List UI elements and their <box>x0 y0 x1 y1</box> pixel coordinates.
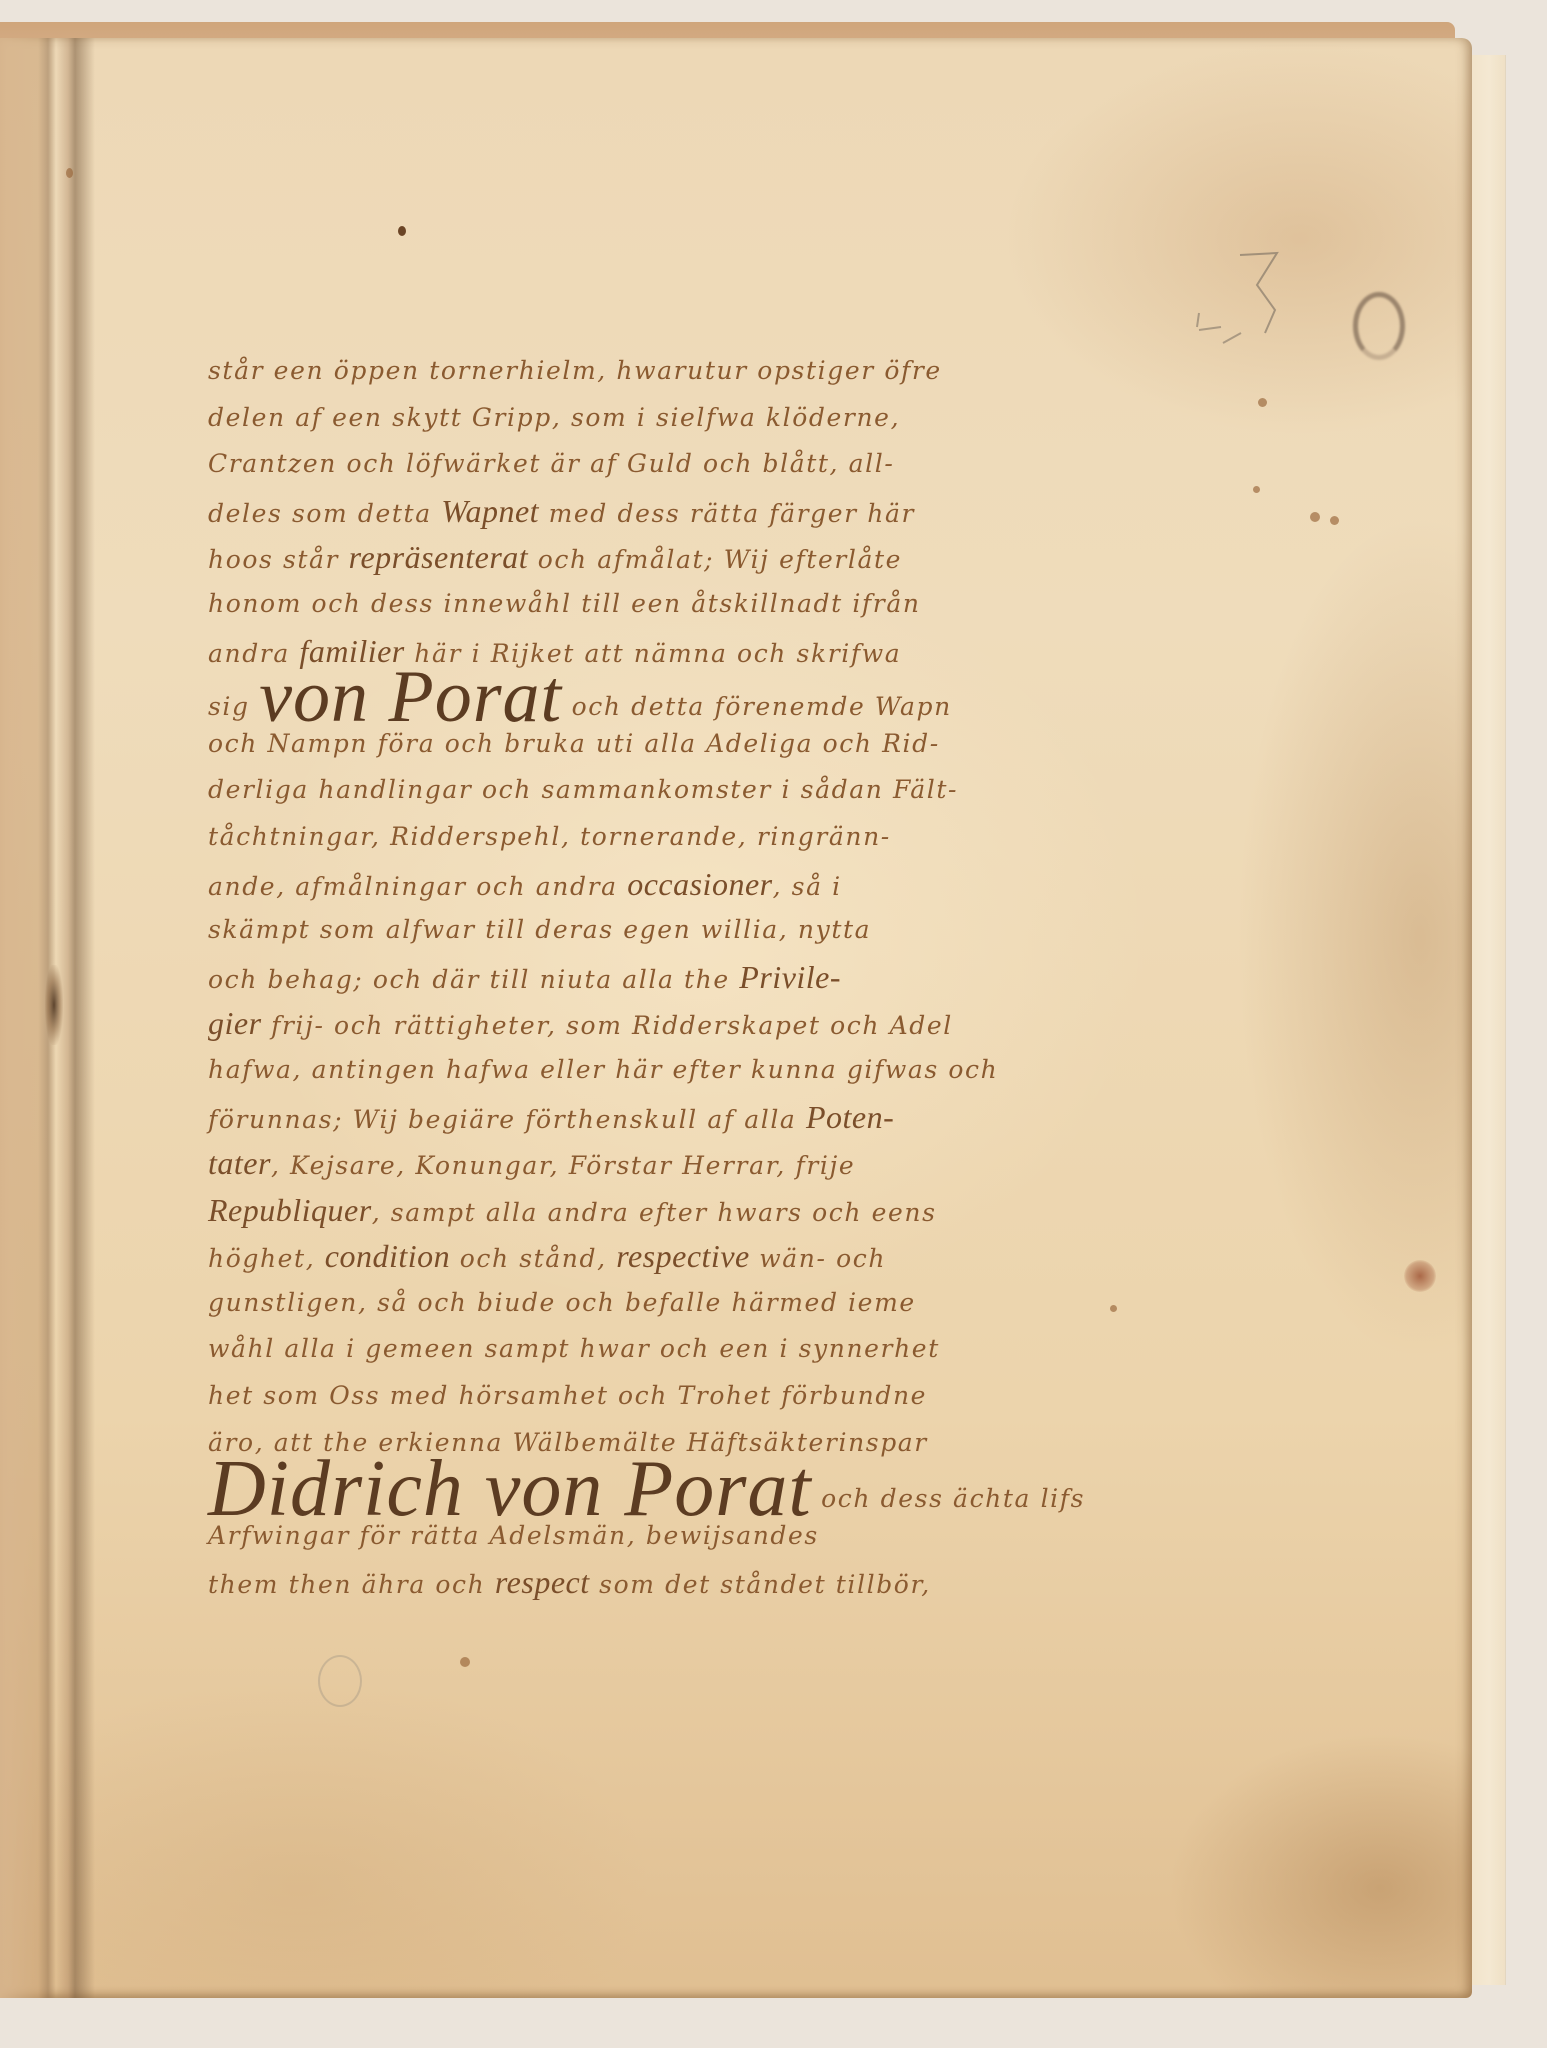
latin-emphasis-text: Republiquer <box>208 1192 372 1228</box>
kurrent-text: , Kejsare, Konungar, Förstar Herrar, fri… <box>271 1151 855 1180</box>
scanned-page: står een öppen tornerhielm, hwarutur ops… <box>0 0 1547 2048</box>
kurrent-text: wän- och <box>750 1244 886 1273</box>
kurrent-text: , sampt alla andra efter hwars och eens <box>372 1198 937 1227</box>
latin-emphasis-text: occasioner <box>627 866 772 902</box>
ink-blot <box>398 226 406 236</box>
manuscript-line: sig von Porat och detta förenemde Wapn <box>208 674 1238 721</box>
kurrent-text: och detta förenemde Wapn <box>562 692 952 721</box>
kurrent-text: Crantzen och löfwärket är af Guld och bl… <box>208 449 894 478</box>
manuscript-line: och Nampn föra och bruka uti alla Adelig… <box>208 721 1238 768</box>
foxing-spot <box>1330 516 1339 525</box>
foxing-spot <box>1253 486 1260 493</box>
latin-emphasis-text: repräsenterat <box>349 539 529 575</box>
latin-emphasis-text: respective <box>616 1238 750 1274</box>
kurrent-text: tåchtningar, Ridderspehl, tornerande, ri… <box>208 822 891 851</box>
kurrent-text: står een öppen tornerhielm, hwarutur ops… <box>208 356 942 385</box>
manuscript-line: wåhl alla i gemeen sampt hwar och een i … <box>208 1326 1238 1373</box>
spine-tear-stain <box>45 965 63 1045</box>
kurrent-text: sig <box>208 692 259 721</box>
latin-emphasis-text: tater <box>208 1145 271 1181</box>
manuscript-line: het som Oss med hörsamhet och Trohet för… <box>208 1373 1238 1420</box>
manuscript-line: gunstligen, så och biude och befalle här… <box>208 1280 1238 1327</box>
red-ink-stain <box>1404 1260 1436 1292</box>
latin-emphasis-text: Poten- <box>806 1099 894 1135</box>
manuscript-line: och behag; och där till niuta alla the P… <box>208 954 1238 1001</box>
manuscript-text: står een öppen tornerhielm, hwarutur ops… <box>208 348 1238 1606</box>
kurrent-text: gunstligen, så och biude och befalle här… <box>208 1288 916 1317</box>
manuscript-line: honom och dess innewåhl till een åtskill… <box>208 581 1238 628</box>
manuscript-line: förunnas; Wij begiäre förthenskull af al… <box>208 1094 1238 1141</box>
kurrent-text: hafwa, antingen hafwa eller här efter ku… <box>208 1055 998 1084</box>
kurrent-text: wåhl alla i gemeen sampt hwar och een i … <box>208 1334 940 1363</box>
kurrent-text: honom och dess innewåhl till een åtskill… <box>208 589 921 618</box>
ring-stain <box>1353 292 1405 360</box>
kurrent-text: skämpt som alfwar till deras egen willia… <box>208 915 871 944</box>
kurrent-text: deles som detta <box>208 499 441 528</box>
kurrent-text: och afmålat; Wij efterlåte <box>528 545 902 574</box>
manuscript-line: tåchtningar, Ridderspehl, tornerande, ri… <box>208 814 1238 861</box>
manuscript-line: tater, Kejsare, Konungar, Förstar Herrar… <box>208 1140 1238 1187</box>
kurrent-text: och dess ächta lifs <box>812 1484 1085 1513</box>
manuscript-line: Didrich von Porat och dess ächta lifs <box>208 1466 1238 1513</box>
kurrent-text: Arfwingar för rätta Adelsmän, bewijsande… <box>208 1521 819 1550</box>
manuscript-line: deles som detta Wapnet med dess rätta fä… <box>208 488 1238 535</box>
pencil-annotation-icon <box>1195 215 1315 345</box>
latin-emphasis-text: gier <box>208 1005 262 1041</box>
manuscript-line: ande, afmålningar och andra occasioner, … <box>208 861 1238 908</box>
foxing-spot <box>66 168 73 178</box>
latin-emphasis-text: respect <box>495 1564 590 1600</box>
kurrent-text: delen af een skytt Gripp, som i sielfwa … <box>208 403 900 432</box>
kurrent-text: frij- och rättigheter, som Ridderskapet … <box>262 1011 953 1040</box>
manuscript-line: höghet, condition och stånd, respective … <box>208 1233 1238 1280</box>
kurrent-text: med dess rätta färger här <box>539 499 915 528</box>
latin-emphasis-text: Privile- <box>739 959 841 995</box>
kurrent-text: them then ähra och <box>208 1570 495 1599</box>
kurrent-text: och Nampn föra och bruka uti alla Adelig… <box>208 729 940 758</box>
kurrent-text: , så i <box>773 872 842 901</box>
manuscript-line: Crantzen och löfwärket är af Guld och bl… <box>208 441 1238 488</box>
manuscript-line: them then ähra och respect som det stånd… <box>208 1559 1238 1606</box>
kurrent-text: höghet, <box>208 1244 325 1273</box>
foxing-spot <box>1258 398 1267 407</box>
kurrent-text: het som Oss med hörsamhet och Trohet för… <box>208 1381 927 1410</box>
manuscript-line: Republiquer, sampt alla andra efter hwar… <box>208 1187 1238 1234</box>
latin-emphasis-text: condition <box>325 1238 450 1274</box>
foxing-spot <box>460 1657 470 1667</box>
manuscript-line: derliga handlingar och sammankomster i s… <box>208 767 1238 814</box>
kurrent-text: och stånd, <box>450 1244 616 1273</box>
manuscript-line: hoos står repräsenterat och afmålat; Wij… <box>208 534 1238 581</box>
kurrent-text: derliga handlingar och sammankomster i s… <box>208 775 958 804</box>
manuscript-line: Arfwingar för rätta Adelsmän, bewijsande… <box>208 1513 1238 1560</box>
kurrent-text: hoos står <box>208 545 349 574</box>
manuscript-line: gier frij- och rättigheter, som Riddersk… <box>208 1000 1238 1047</box>
manuscript-line: skämpt som alfwar till deras egen willia… <box>208 907 1238 954</box>
kurrent-text: ande, afmålningar och andra <box>208 872 627 901</box>
pencil-circle-mark <box>318 1655 362 1707</box>
kurrent-text: som det ståndet tillbör, <box>590 1570 931 1599</box>
manuscript-line: delen af een skytt Gripp, som i sielfwa … <box>208 395 1238 442</box>
manuscript-line: står een öppen tornerhielm, hwarutur ops… <box>208 348 1238 395</box>
latin-emphasis-text: Wapnet <box>441 493 539 529</box>
foxing-spot <box>1310 512 1320 522</box>
kurrent-text: och behag; och där till niuta alla the <box>208 965 739 994</box>
kurrent-text: förunnas; Wij begiäre förthenskull af al… <box>208 1105 806 1134</box>
manuscript-line: hafwa, antingen hafwa eller här efter ku… <box>208 1047 1238 1094</box>
